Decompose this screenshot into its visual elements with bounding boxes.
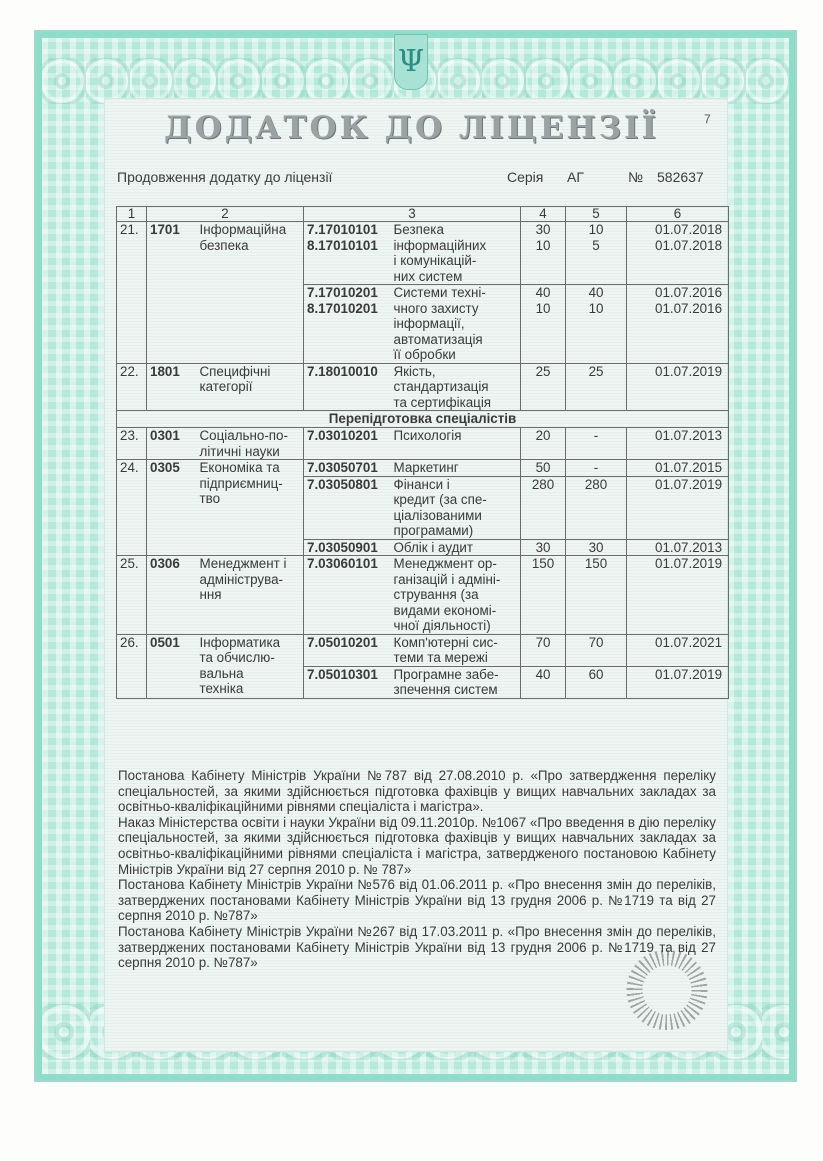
row-number: 25.: [117, 556, 147, 635]
quota-day: 25: [521, 363, 566, 411]
cell-line: Маркетинг: [394, 460, 518, 476]
section-title: Перепідготовка спеціалістів: [117, 411, 729, 428]
cell-line: Специфічні: [200, 364, 301, 380]
cell-line: 150: [569, 556, 623, 572]
page-number: 7: [704, 112, 711, 126]
legal-references: Постанова Кабінету Міністрів України №78…: [118, 768, 716, 971]
cell-line: 01.07.2018: [630, 222, 722, 238]
cell-line: техніка: [200, 681, 301, 697]
quota-extramural: 25: [566, 363, 627, 411]
legal-reference-paragraph: Постанова Кабінету Міністрів України №57…: [118, 877, 716, 924]
table-header-row: 123456: [117, 207, 729, 222]
cell-line: Менеджмент ор-: [394, 556, 518, 572]
cell-line: 30: [524, 540, 562, 556]
cell-line: 01.07.2013: [630, 540, 722, 556]
cell-line: 25: [524, 364, 562, 380]
specialty-code: 7.170101018.17010101: [304, 222, 391, 285]
cell-line: Комп'ютерні сис-: [394, 635, 518, 651]
cell-line: програмами): [394, 523, 518, 539]
column-header: 2: [147, 207, 304, 222]
cell-line: безпека: [200, 238, 301, 254]
cell-line: 7.03050801: [307, 477, 388, 493]
table-row: 25.0306Менеджмент іадмініструва-ння7.030…: [117, 556, 729, 635]
specialty-name: Безпекаінформаційнихі комунікацій-них си…: [391, 222, 521, 285]
field-code: 0305: [147, 460, 198, 556]
column-header: 3: [304, 207, 521, 222]
specialty-code: 7.170102018.17010201: [304, 285, 391, 364]
row-number: 24.: [117, 460, 147, 556]
specialty-code: 7.03050901: [304, 539, 391, 556]
column-header: 1: [117, 207, 147, 222]
cell-line: 7.17010101: [307, 222, 388, 238]
official-seal-stamp: [622, 950, 712, 1030]
cell-line: 01.07.2016: [630, 285, 722, 301]
quota-day: 280: [521, 476, 566, 539]
cell-line: 7.03050901: [307, 540, 388, 556]
cell-line: Економіка та: [200, 460, 301, 476]
license-expiry-date: 01.07.2019: [627, 363, 729, 411]
specialty-code: 7.03050701: [304, 460, 391, 477]
section-row: Перепідготовка спеціалістів: [117, 411, 729, 428]
field-name: Соціально-по-літичні науки: [198, 428, 304, 460]
cell-line: Інформаційна: [200, 222, 301, 238]
license-expiry-date: 01.07.2015: [627, 460, 729, 477]
cell-line: 01.07.2015: [630, 460, 722, 476]
field-code: 0306: [147, 556, 198, 635]
specialty-name: Системи техні-чного захистуінформації,ав…: [391, 285, 521, 364]
cell-line: 01.07.2019: [630, 667, 722, 683]
cell-line: 10: [524, 301, 562, 317]
quota-day: 4010: [521, 285, 566, 364]
cell-line: ганізацій і адміні-: [394, 572, 518, 588]
license-expiry-date: 01.07.201601.07.2016: [627, 285, 729, 364]
field-code: 1801: [147, 363, 198, 411]
quota-extramural: -: [566, 428, 627, 460]
cell-line: 7.03060101: [307, 556, 388, 572]
cell-line: -: [569, 428, 623, 444]
table-row: 22.1801Специфічнікатегорії7.18010010Якіс…: [117, 363, 729, 411]
specialty-code: 7.05010301: [304, 666, 391, 698]
cell-line: 8.17010201: [307, 301, 388, 317]
cell-line: стрування (за: [394, 587, 518, 603]
column-header: 4: [521, 207, 566, 222]
cell-line: 280: [569, 477, 623, 493]
specialty-code: 7.18010010: [304, 363, 391, 411]
cell-line: 10: [569, 222, 623, 238]
quota-day: 40: [521, 666, 566, 698]
column-header: 5: [566, 207, 627, 222]
specialty-code: 7.05010201: [304, 634, 391, 666]
license-expiry-date: 01.07.2013: [627, 428, 729, 460]
cell-line: інформаційних: [394, 238, 518, 254]
quota-extramural: 150: [566, 556, 627, 635]
field-name: Інформатиката обчислю-вальнатехніка: [198, 634, 304, 698]
legal-reference-paragraph: Постанова Кабінету Міністрів України №26…: [118, 924, 716, 971]
cell-line: 30: [524, 222, 562, 238]
license-expiry-date: 01.07.2021: [627, 634, 729, 666]
cell-line: 8.17010101: [307, 238, 388, 254]
cell-line: та обчислю-: [200, 650, 301, 666]
cell-line: 280: [524, 477, 562, 493]
quota-extramural: 4010: [566, 285, 627, 364]
cell-line: 01.07.2019: [630, 364, 722, 380]
continuation-label: Продовження додатку до ліцензії: [117, 169, 332, 185]
row-number: 26.: [117, 634, 147, 698]
cell-line: 7.17010201: [307, 285, 388, 301]
license-expiry-date: 01.07.2019: [627, 666, 729, 698]
quota-day: 3010: [521, 222, 566, 285]
cell-line: ціалізованими: [394, 508, 518, 524]
cell-line: них систем: [394, 269, 518, 285]
field-name: Менеджмент іадмініструва-ння: [198, 556, 304, 635]
cell-line: 150: [524, 556, 562, 572]
cell-line: категорії: [200, 379, 301, 395]
cell-line: 30: [569, 540, 623, 556]
cell-line: 01.07.2019: [630, 556, 722, 572]
series-label: Серія: [507, 169, 543, 185]
cell-line: зпечення систем: [394, 682, 518, 698]
specialty-name: Фінанси ікредит (за спе-ціалізованимипро…: [391, 476, 521, 539]
cell-line: 20: [524, 428, 562, 444]
cell-line: її обробки: [394, 347, 518, 363]
table-row: 24.0305Економіка тапідприємниц-тво7.0305…: [117, 460, 729, 477]
cell-line: Програмне забе-: [394, 667, 518, 683]
number-label: №: [628, 169, 643, 185]
table-row: 21.1701Інформаційнабезпека7.170101018.17…: [117, 222, 729, 285]
cell-line: 01.07.2018: [630, 238, 722, 254]
license-expiry-date: 01.07.2019: [627, 556, 729, 635]
quota-extramural: 60: [566, 666, 627, 698]
field-code: 0501: [147, 634, 198, 698]
cell-line: 01.07.2019: [630, 477, 722, 493]
cell-line: 10: [524, 238, 562, 254]
cell-line: 7.05010201: [307, 635, 388, 651]
quota-day: 30: [521, 539, 566, 556]
table-row: 26.0501Інформатиката обчислю-вальнатехні…: [117, 634, 729, 666]
cell-line: 60: [569, 667, 623, 683]
cell-line: 7.05010301: [307, 667, 388, 683]
field-code: 1701: [147, 222, 198, 364]
quota-day: 150: [521, 556, 566, 635]
row-number: 22.: [117, 363, 147, 411]
cell-line: 10: [569, 301, 623, 317]
cell-line: теми та мережі: [394, 650, 518, 666]
cell-line: 70: [569, 635, 623, 651]
specialty-code: 7.03010201: [304, 428, 391, 460]
license-expiry-date: 01.07.2019: [627, 476, 729, 539]
cell-line: Фінанси і: [394, 477, 518, 493]
field-name: Специфічнікатегорії: [198, 363, 304, 411]
cell-line: 7.18010010: [307, 364, 388, 380]
cell-line: чного захисту: [394, 301, 518, 317]
cell-line: кредит (за спе-: [394, 492, 518, 508]
cell-line: 25: [569, 364, 623, 380]
license-specialties-table: 12345621.1701Інформаційнабезпека7.170101…: [116, 206, 729, 699]
cell-line: 5: [569, 238, 623, 254]
cell-line: Системи техні-: [394, 285, 518, 301]
quota-extramural: -: [566, 460, 627, 477]
cell-line: 01.07.2013: [630, 428, 722, 444]
quota-day: 70: [521, 634, 566, 666]
cell-line: 7.03050701: [307, 460, 388, 476]
cell-line: та сертифікація: [394, 395, 518, 411]
cell-line: 50: [524, 460, 562, 476]
quota-extramural: 280: [566, 476, 627, 539]
cell-line: Психологія: [394, 428, 518, 444]
cell-line: видами економі-: [394, 603, 518, 619]
cell-line: вальна: [200, 666, 301, 682]
field-code: 0301: [147, 428, 198, 460]
cell-line: 01.07.2016: [630, 301, 722, 317]
cell-line: 01.07.2021: [630, 635, 722, 651]
license-expiry-date: 01.07.201801.07.2018: [627, 222, 729, 285]
column-header: 6: [627, 207, 729, 222]
cell-line: літичні науки: [200, 444, 301, 460]
specialty-code: 7.03050801: [304, 476, 391, 539]
cell-line: 7.03010201: [307, 428, 388, 444]
cell-line: чної діяльності): [394, 618, 518, 634]
specialty-name: Якість,стандартизаціята сертифікація: [391, 363, 521, 411]
table-row: 23.0301Соціально-по-літичні науки7.03010…: [117, 428, 729, 460]
cell-line: стандартизація: [394, 379, 518, 395]
cell-line: Інформатика: [200, 635, 301, 651]
cell-line: адмініструва-: [200, 572, 301, 588]
cell-line: ння: [200, 587, 301, 603]
cell-line: Менеджмент і: [200, 556, 301, 572]
quota-day: 50: [521, 460, 566, 477]
cell-line: -: [569, 460, 623, 476]
license-expiry-date: 01.07.2013: [627, 539, 729, 556]
row-number: 21.: [117, 222, 147, 364]
cell-line: Безпека: [394, 222, 518, 238]
series-value: АГ: [567, 169, 584, 185]
license-number: 582637: [657, 169, 704, 185]
quota-day: 20: [521, 428, 566, 460]
quota-extramural: 30: [566, 539, 627, 556]
specialty-code: 7.03060101: [304, 556, 391, 635]
cell-line: тво: [200, 491, 301, 507]
trident-coat-of-arms-icon: Ψ: [394, 34, 428, 90]
cell-line: підприємниц-: [200, 476, 301, 492]
specialty-name: Менеджмент ор-ганізацій і адміні-струван…: [391, 556, 521, 635]
cell-line: інформації,: [394, 316, 518, 332]
specialty-name: Облік і аудит: [391, 539, 521, 556]
cell-line: і комунікацій-: [394, 253, 518, 269]
cell-line: 40: [524, 285, 562, 301]
row-number: 23.: [117, 428, 147, 460]
legal-reference-paragraph: Постанова Кабінету Міністрів України №78…: [118, 768, 716, 815]
specialty-name: Програмне забе-зпечення систем: [391, 666, 521, 698]
cell-line: автоматизація: [394, 332, 518, 348]
field-name: Інформаційнабезпека: [198, 222, 304, 364]
quota-extramural: 105: [566, 222, 627, 285]
quota-extramural: 70: [566, 634, 627, 666]
document-title: ДОДАТОК ДО ЛІЦЕНЗІЇ: [0, 110, 823, 146]
cell-line: Соціально-по-: [200, 428, 301, 444]
legal-reference-paragraph: Наказ Міністерства освіти і науки Україн…: [118, 815, 716, 877]
specialty-name: Маркетинг: [391, 460, 521, 477]
cell-line: 70: [524, 635, 562, 651]
specialty-name: Психологія: [391, 428, 521, 460]
field-name: Економіка тапідприємниц-тво: [198, 460, 304, 556]
cell-line: Облік і аудит: [394, 540, 518, 556]
specialty-name: Комп'ютерні сис-теми та мережі: [391, 634, 521, 666]
cell-line: Якість,: [394, 364, 518, 380]
cell-line: 40: [569, 285, 623, 301]
cell-line: 40: [524, 667, 562, 683]
